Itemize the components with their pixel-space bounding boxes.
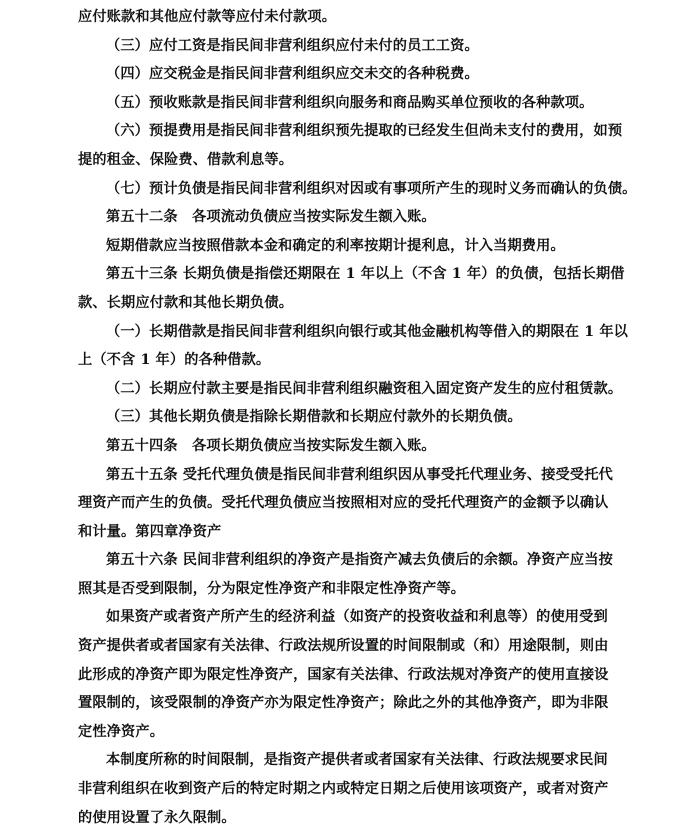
text-line: 应付账款和其他应付款等应付未付款项。 <box>78 3 608 32</box>
text-line: 的使用设置了永久限制。 <box>78 804 608 827</box>
text-line: （二）长期应付款主要是指民间非营利组织融资租入固定资产发生的应付租赁款。 <box>78 375 608 404</box>
text-line: 本制度所称的时间限制，是指资产提供者或者国家有关法律、行政法规要求民间 <box>78 746 608 775</box>
text-line: 照其是否受到限制，分为限定性净资产和非限定性净资产等。 <box>78 575 608 604</box>
article-heading-55: 第五十五条 受托代理负债是指民间非营利组织因从事受托代理业务、接受受托代 <box>78 461 608 490</box>
text-line: 置限制的，该受限制的净资产亦为限定性净资产；除此之外的其他净资产，即为非限 <box>78 689 608 718</box>
text-line: 如果资产或者资产所产生的经济利益（如资产的投资收益和利息等）的使用受到 <box>78 603 608 632</box>
text-line: （七）预计负债是指民间非营利组织对因或有事项所产生的现时义务而确认的负债。 <box>78 175 608 204</box>
text-line: （六）预提费用是指民间非营利组织预先提取的已经发生但尚未支付的费用，如预 <box>78 117 608 146</box>
text-line: 上（不含 1 年）的各种借款。 <box>78 346 608 375</box>
article-heading-53: 第五十三条 长期负债是指偿还期限在 1 年以上（不含 1 年）的负债，包括长期借 <box>78 260 608 289</box>
text-line: （三）其他长期负债是指除长期借款和长期应付款外的长期负债。 <box>78 403 608 432</box>
article-heading-54: 第五十四条 各项长期负债应当按实际发生额入账。 <box>78 432 608 461</box>
text-line: （四）应交税金是指民间非营利组织应交未交的各种税费。 <box>78 60 608 89</box>
document-page: 应付账款和其他应付款等应付未付款项。 （三）应付工资是指民间非营利组织应付未付的… <box>78 3 608 827</box>
text-line: 资产提供者或者国家有关法律、行政法规所设置的时间限制或（和）用途限制，则由 <box>78 632 608 661</box>
text-line: 款、长期应付款和其他长期负债。 <box>78 289 608 318</box>
text-line: 提的租金、保险费、借款利息等。 <box>78 146 608 175</box>
text-line: 短期借款应当按照借款本金和确定的利率按期计提利息，计入当期费用。 <box>78 232 608 261</box>
article-heading-52: 第五十二条 各项流动负债应当按实际发生额入账。 <box>78 203 608 232</box>
text-line: （五）预收账款是指民间非营利组织向服务和商品购买单位预收的各种款项。 <box>78 89 608 118</box>
text-line: 定性净资产。 <box>78 718 608 747</box>
chapter-heading-line: 和计量。第四章净资产 <box>78 518 608 547</box>
article-heading-56: 第五十六条 民间非营利组织的净资产是指资产减去负债后的余额。净资产应当按 <box>78 546 608 575</box>
text-line: （一）长期借款是指民间非营利组织向银行或其他金融机构等借入的期限在 1 年以 <box>78 318 608 347</box>
text-line: 理资产而产生的负债。受托代理负债应当按照相对应的受托代理资产的金额予以确认 <box>78 489 608 518</box>
text-line: （三）应付工资是指民间非营利组织应付未付的员工工资。 <box>78 32 608 61</box>
text-line: 非营利组织在收到资产后的特定时期之内或特定日期之后使用该项资产，或者对资产 <box>78 775 608 804</box>
text-line: 此形成的净资产即为限定性净资产，国家有关法律、行政法规对净资产的使用直接设 <box>78 661 608 690</box>
